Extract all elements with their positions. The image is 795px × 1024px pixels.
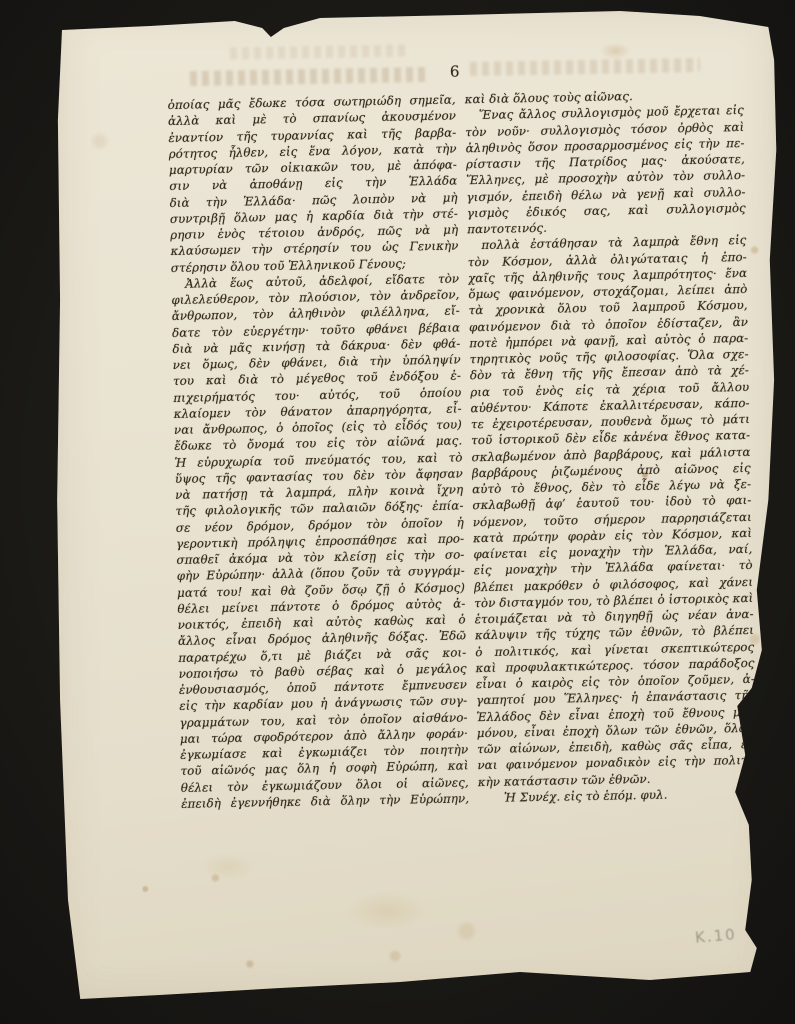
printed-text-block: 6 ὁποίας μᾶς ἔδωκε τόσα σωτηριώδη σημεῖα…: [167, 56, 757, 812]
two-column-layout: ὁποίας μᾶς ἔδωκε τόσα σωτηριώδη σημεῖα,ἀ…: [168, 86, 758, 812]
show-through-ink: [230, 44, 410, 59]
text-column-right: καὶ διὰ ὅλους τοὺς αἰῶνας.Ἕνας ἄλλος συλ…: [465, 86, 758, 806]
scan-background: 6 ὁποίας μᾶς ἔδωκε τόσα σωτηριώδη σημεῖα…: [0, 0, 795, 1024]
text-column-left: ὁποίας μᾶς ἔδωκε τόσα σωτηριώδη σημεῖα,ἀ…: [168, 91, 470, 811]
pencil-annotation: K.10: [694, 925, 737, 947]
document-page: 6 ὁποίας μᾶς ἔδωκε τόσα σωτηριώδη σημεῖα…: [55, 5, 777, 1005]
page-number: 6: [167, 56, 743, 87]
